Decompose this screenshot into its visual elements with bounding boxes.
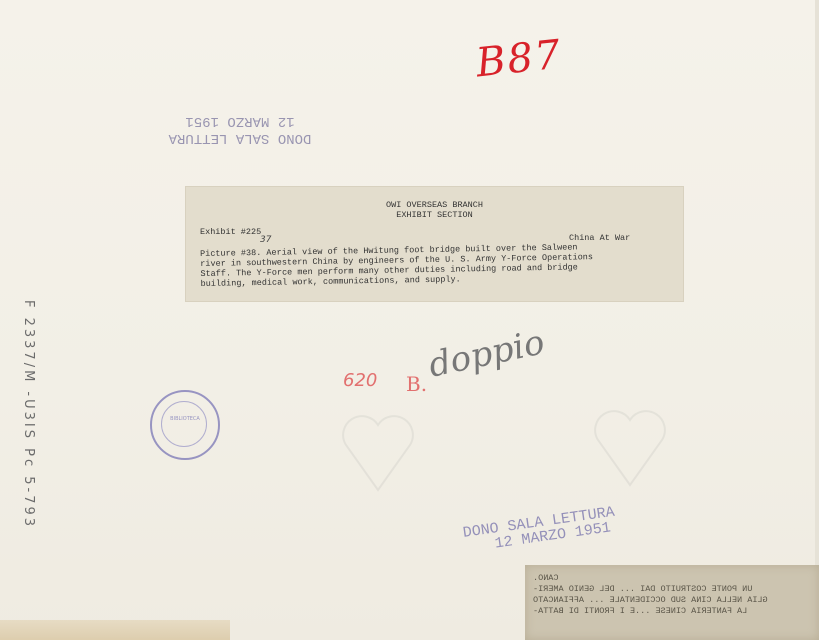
torn-tape-residue xyxy=(0,620,230,640)
clipping-line: UN PONTE COSTRUITO DAI ... DEL GENIO AME… xyxy=(533,584,813,595)
photo-verso xyxy=(0,0,815,640)
ghost-heart-right-icon xyxy=(590,400,670,490)
clipping-line: CANO. xyxy=(533,573,813,584)
inverted-library-stamp: DONO SALA LETTURA 12 MARZO 1951 xyxy=(120,112,360,146)
label-header: OWI OVERSEAS BRANCH EXHIBIT SECTION xyxy=(186,200,683,220)
exhibit-number: Exhibit #225 xyxy=(200,227,261,237)
circular-library-stamp: BIBLIOTECA xyxy=(150,390,220,460)
label-header-line-1: OWI OVERSEAS BRANCH xyxy=(186,200,683,210)
side-pencil-note: F 2337/M -U3IS Pc 5-793 xyxy=(21,300,36,600)
exhibit-caption-label: OWI OVERSEAS BRANCH EXHIBIT SECTION Exhi… xyxy=(186,187,683,301)
ghost-heart-left-icon xyxy=(338,405,418,495)
caption-body: Picture #38. Aerial view of the Hwitung … xyxy=(200,242,621,289)
stamp-text: BIBLIOTECA xyxy=(152,416,218,422)
clipping-line: LA FANTERIA CINESE ...E I FRONTI DI BATT… xyxy=(533,606,813,617)
clipping-text: CANO. UN PONTE COSTRUITO DAI ... DEL GEN… xyxy=(533,573,813,617)
red-annotation-number: 620 xyxy=(343,370,377,391)
stamp-line-1: DONO SALA LETTURA xyxy=(120,129,360,146)
stamp-line-2: 12 MARZO 1951 xyxy=(120,112,360,129)
clipping-line: GLIA NELLA CINA SUD OCCIDENTALE ... AFFI… xyxy=(533,595,813,606)
handwritten-picture-number: 37 xyxy=(260,235,271,245)
stamp-inner-ring xyxy=(161,401,207,447)
red-annotation-letter: B. xyxy=(406,372,427,396)
newspaper-clipping: CANO. UN PONTE COSTRUITO DAI ... DEL GEN… xyxy=(525,565,819,640)
page-edge xyxy=(815,0,819,640)
handwritten-red-code: B87 xyxy=(474,32,565,87)
label-header-line-2: EXHIBIT SECTION xyxy=(186,210,683,220)
